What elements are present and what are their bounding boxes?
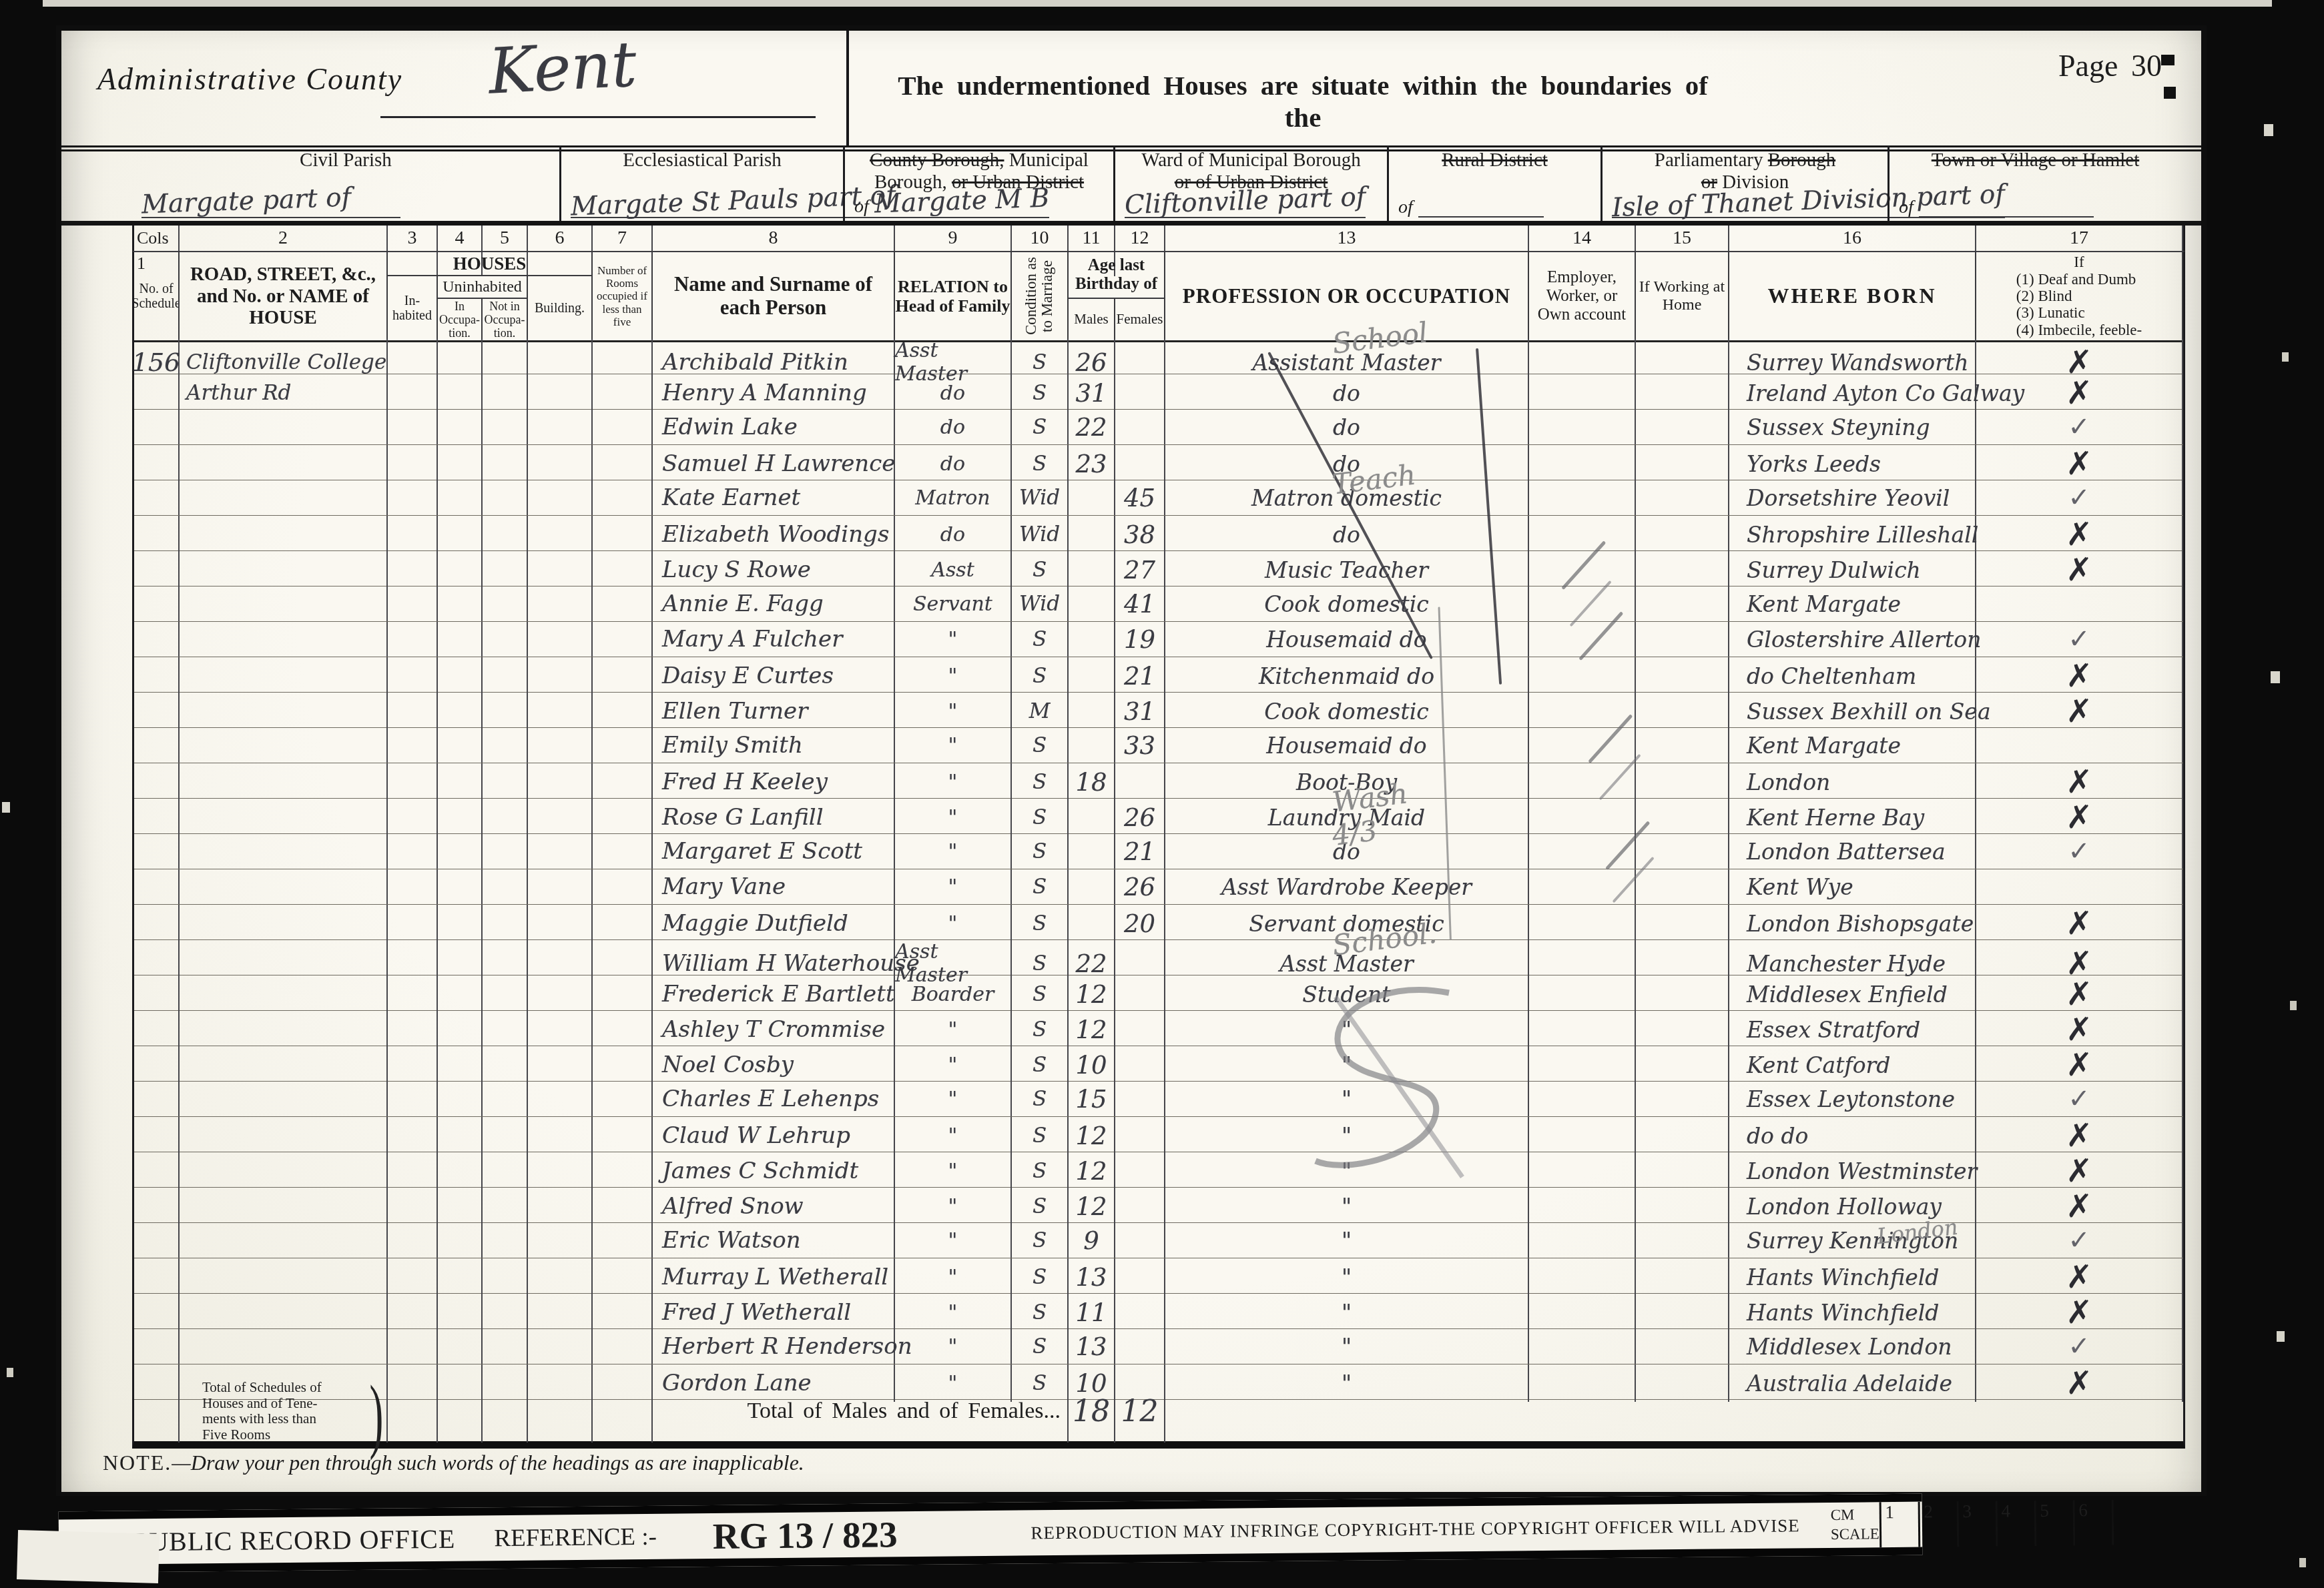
table-row: Edwin LakedoS22doSussex Steyning✓ [134, 410, 2183, 445]
cell-name: Maggie Dutfield [653, 905, 895, 942]
cell-schedule [134, 1152, 180, 1190]
cell-relation: " [895, 1046, 1012, 1084]
totals-schedules-cell: Total of Schedules of Houses and of Tene… [180, 1380, 388, 1443]
cell-occupation: " [1165, 1046, 1529, 1084]
cell-born: Kent Wye [1729, 869, 1976, 904]
cell-age_female [1115, 1294, 1165, 1331]
cell-inhabited [388, 1082, 438, 1116]
cell-occupation: Student [1165, 975, 1529, 1013]
header-infirmity-list: (1) Deaf and Dumb (2) Blind (3) Lunatic … [2016, 271, 2142, 340]
cell-building [528, 480, 593, 515]
cell-infirmity: ✗ [1976, 1046, 2183, 1084]
section-label: Rural District [1389, 149, 1601, 171]
cell-in_occupation [438, 622, 483, 657]
cell-not_in_occupation [483, 799, 528, 836]
cell-infirmity: ✗ [1976, 445, 2183, 482]
cell-infirmity: ✗ [1976, 975, 2183, 1013]
of-label: of [854, 196, 869, 217]
cell-name: Frederick E Bartlett [653, 975, 895, 1013]
cell-relation: " [895, 657, 1012, 695]
cell-name: Daisy E Curtes [653, 657, 895, 695]
reference-label: REFERENCE :- [494, 1522, 657, 1552]
section-label-part: Parliamentary [1655, 149, 1768, 171]
cell-schedule [134, 1011, 180, 1048]
table-row: Lucy S RoweAsstS27Music TeacherSurrey Du… [134, 551, 2183, 586]
cell-inhabited [388, 445, 438, 482]
cell-infirmity: ✓ [1976, 1329, 2183, 1364]
cell-address [180, 551, 388, 588]
cell-name: Lucy S Rowe [653, 551, 895, 588]
cell-schedule [134, 834, 180, 869]
cell-rooms [593, 1082, 653, 1116]
totals-empty-span [1165, 1380, 2183, 1443]
cell-inhabited [388, 516, 438, 553]
header-houses-group: HOUSES [388, 252, 593, 276]
section-label-part: Town or Village or Hamlet [1932, 149, 2139, 171]
table-row: Ellen Turner"M31Cook domesticSussex Bexh… [134, 693, 2183, 728]
section-handwritten-value: Cliftonville part of [1124, 184, 1366, 219]
section-label-part: Municipal [1004, 149, 1088, 171]
cell-in_occupation [438, 975, 483, 1013]
cell-employer [1529, 1329, 1636, 1364]
cell-building [528, 905, 593, 942]
cell-name: Mary Vane [653, 869, 895, 904]
cell-rooms [593, 869, 653, 904]
cell-age_female: 31 [1115, 693, 1165, 730]
cell-relation: " [895, 834, 1012, 869]
cell-age_male: 31 [1069, 374, 1115, 412]
cell-condition: S [1012, 1046, 1069, 1084]
cell-condition: S [1012, 905, 1069, 942]
cell-inhabited [388, 1188, 438, 1225]
section-value-area: of [1890, 197, 2181, 218]
cell-not_in_occupation [483, 763, 528, 801]
cell-not_in_occupation [483, 693, 528, 730]
table-row: Kate EarnetMatronWid45Matron domesticTea… [134, 480, 2183, 516]
cell-occupation: Matron domesticTeach [1165, 480, 1529, 515]
cell-building [528, 728, 593, 763]
cell-schedule [134, 445, 180, 482]
cell-not_in_occupation [483, 374, 528, 412]
cell-in_occupation [438, 516, 483, 553]
cell-building [528, 1046, 593, 1084]
undermentioned-text: The undermentioned Houses are situate wi… [889, 69, 1717, 133]
cell-inhabited [388, 480, 438, 515]
cell-inhabited [388, 1117, 438, 1154]
cell-not_in_occupation [483, 480, 528, 515]
brace: ) [370, 1368, 384, 1463]
cell-relation: " [895, 1294, 1012, 1331]
value-underline [1919, 204, 2094, 218]
section-value-area: Margate St Pauls part of [561, 191, 843, 218]
cell-occupation: " [1165, 1294, 1529, 1331]
cell-born: London Battersea [1729, 834, 1976, 869]
cell-name: Margaret E Scott [653, 834, 895, 869]
cell-rooms [593, 551, 653, 588]
cell-name: Fred J Wetherall [653, 1294, 895, 1331]
cell-address [180, 834, 388, 869]
cell-age_male: 18 [1069, 763, 1115, 801]
cell-occupation: " [1165, 1082, 1529, 1116]
cell-inhabited [388, 975, 438, 1013]
cell-born: Middlesex London [1729, 1329, 1976, 1364]
cell-born: Sussex Bexhill on Sea [1729, 693, 1976, 730]
cell-rooms [593, 516, 653, 553]
cell-inhabited [388, 1046, 438, 1084]
cell-condition: S [1012, 657, 1069, 695]
cell-rooms [593, 622, 653, 657]
cell-building [528, 445, 593, 482]
cell-age_female [1115, 1082, 1165, 1116]
pro-office-label: PUBLIC RECORD OFFICE [133, 1523, 456, 1557]
cell-rooms [593, 410, 653, 444]
cell-in_occupation [438, 410, 483, 444]
cell-at_home [1636, 1152, 1729, 1190]
cell-in_occupation [438, 551, 483, 588]
cell-not_in_occupation [483, 1117, 528, 1154]
cell-age_male: 12 [1069, 1117, 1115, 1154]
cell-inhabited [388, 693, 438, 730]
cell-condition: S [1012, 1117, 1069, 1154]
cell-schedule [134, 869, 180, 904]
cell-schedule [134, 1294, 180, 1331]
header-infirmity-if: If [2074, 254, 2084, 271]
header-profession: PROFESSION OR OCCUPATION [1165, 252, 1529, 340]
cell-building [528, 834, 593, 869]
cell-infirmity: ✗ [1976, 1117, 2183, 1154]
cell-building [528, 1082, 593, 1116]
cell-schedule [134, 586, 180, 621]
cell-born: Glostershire Allerton [1729, 622, 1976, 657]
cell-at_home [1636, 1011, 1729, 1048]
cell-age_male [1069, 622, 1115, 657]
cell-born: Surrey KenningtonLondon [1729, 1223, 1976, 1258]
cell-age_female: 26 [1115, 799, 1165, 836]
cell-address [180, 1117, 388, 1154]
cell-relation: " [895, 1082, 1012, 1116]
cell-schedule [134, 975, 180, 1013]
cell-name: Henry A Manning [653, 374, 895, 412]
value-underline [1418, 204, 1544, 218]
cell-age_female: 19 [1115, 622, 1165, 657]
table-row: Mary Vane"S26Asst Wardrobe KeeperKent Wy… [134, 869, 2183, 905]
cell-building [528, 551, 593, 588]
cell-not_in_occupation [483, 975, 528, 1013]
parish-section: Civil ParishMargate part of [132, 145, 559, 221]
cell-name: Ashley T Crommise [653, 1011, 895, 1048]
parish-section: County Borough, MunicipalBorough, or Urb… [843, 145, 1113, 221]
cell-address [180, 869, 388, 904]
cell-schedule [134, 1046, 180, 1084]
cell-condition: S [1012, 834, 1069, 869]
cell-schedule [134, 1329, 180, 1364]
cell-schedule [134, 693, 180, 730]
cell-employer [1529, 551, 1636, 588]
cell-address [180, 975, 388, 1013]
cell-building [528, 1188, 593, 1225]
totals-row: Total of Schedules of Houses and of Tene… [132, 1380, 2185, 1449]
cell-in_occupation [438, 1258, 483, 1296]
section-value-area: ofMargate M B [845, 191, 1113, 218]
header-not-occupation: Not in Occupa-tion. [483, 299, 528, 340]
footnote: NOTE.—Draw your pen through such words o… [103, 1451, 804, 1475]
header-uninhabited: Uninhabited [438, 276, 528, 299]
cell-condition: S [1012, 410, 1069, 444]
cell-age_male [1069, 480, 1115, 515]
table-row: Herbert R Henderson"S13"Middlesex London… [134, 1329, 2183, 1364]
cell-age_male [1069, 869, 1115, 904]
cell-rooms [593, 586, 653, 621]
table-row: Eric Watson"S9"Surrey KenningtonLondon✓ [134, 1223, 2183, 1258]
cell-age_female [1115, 1329, 1165, 1364]
cell-employer [1529, 1046, 1636, 1084]
cell-not_in_occupation [483, 1082, 528, 1116]
cell-born: do do [1729, 1117, 1976, 1154]
cell-in_occupation [438, 1117, 483, 1154]
cell-employer [1529, 1188, 1636, 1225]
cell-age_male: 15 [1069, 1082, 1115, 1116]
cell-employer [1529, 728, 1636, 763]
cell-rooms [593, 1152, 653, 1190]
cell-in_occupation [438, 657, 483, 695]
cell-in_occupation [438, 799, 483, 836]
parish-section: Rural Districtof [1387, 145, 1601, 221]
cell-rooms [593, 1188, 653, 1225]
cell-in_occupation [438, 445, 483, 482]
cell-relation: " [895, 693, 1012, 730]
cell-employer [1529, 975, 1636, 1013]
cell-condition: S [1012, 763, 1069, 801]
cell-in_occupation [438, 1329, 483, 1364]
cell-at_home [1636, 975, 1729, 1013]
cell-occupation: Boot-Boy [1165, 763, 1529, 801]
cell-employer [1529, 1152, 1636, 1190]
cell-building [528, 693, 593, 730]
cell-rooms [593, 1117, 653, 1154]
cell-occupation: " [1165, 1223, 1529, 1258]
cell-not_in_occupation [483, 586, 528, 621]
ruler-cell: 6 [2072, 1500, 2112, 1546]
table-row: Noel Cosby"S10"Kent Catford✗ [134, 1046, 2183, 1082]
cell-schedule [134, 622, 180, 657]
ink-dot [2161, 55, 2174, 65]
cell-relation: " [895, 1188, 1012, 1225]
cell-condition: M [1012, 693, 1069, 730]
cell-building [528, 374, 593, 412]
cell-condition: S [1012, 975, 1069, 1013]
cell-address [180, 1188, 388, 1225]
section-label-part: Civil Parish [300, 149, 392, 171]
cell-employer [1529, 693, 1636, 730]
table-row: Daisy E Curtes"S21Kitchenmaid dodo Chelt… [134, 657, 2183, 693]
cell-not_in_occupation [483, 1329, 528, 1364]
scan-edge [43, 0, 2272, 7]
cell-schedule [134, 799, 180, 836]
cell-infirmity: ✓ [1976, 480, 2183, 515]
cell-condition: S [1012, 1011, 1069, 1048]
cell-at_home [1636, 834, 1729, 869]
cell-born: London Bishopsgate [1729, 905, 1976, 942]
cell-at_home [1636, 693, 1729, 730]
cell-schedule [134, 480, 180, 515]
cell-infirmity: ✗ [1976, 551, 2183, 588]
cell-occupation: Laundry MaidWash [1165, 799, 1529, 836]
cell-building [528, 1117, 593, 1154]
section-value-area: Margate part of [132, 191, 559, 218]
cell-address [180, 445, 388, 482]
cell-address [180, 1294, 388, 1331]
of-label: of [1398, 197, 1413, 218]
cell-occupation: " [1165, 1329, 1529, 1364]
cell-in_occupation [438, 728, 483, 763]
cell-in_occupation [438, 1188, 483, 1225]
cell-occupation: Cook domestic [1165, 693, 1529, 730]
divider [846, 31, 849, 145]
cell-condition: S [1012, 1294, 1069, 1331]
cell-relation: Matron [895, 480, 1012, 515]
cell-relation: do [895, 445, 1012, 482]
cell-relation: " [895, 1329, 1012, 1364]
cell-condition: S [1012, 1188, 1069, 1225]
cell-occupation: Cook domestic [1165, 586, 1529, 621]
cell-at_home [1636, 622, 1729, 657]
cell-employer [1529, 516, 1636, 553]
cell-infirmity: ✓ [1976, 410, 2183, 444]
cell-occupation: " [1165, 1258, 1529, 1296]
cell-rooms [593, 480, 653, 515]
cell-occupation: do4/3 [1165, 834, 1529, 869]
cell-condition: S [1012, 869, 1069, 904]
cell-at_home [1636, 657, 1729, 695]
cell-inhabited [388, 1329, 438, 1364]
cell-name: Emily Smith [653, 728, 895, 763]
header-building: Building. [528, 276, 593, 340]
cell-relation: " [895, 622, 1012, 657]
table-header: No. of Schedule ROAD, STREET, &c., and N… [132, 251, 2185, 342]
cell-relation: Servant [895, 586, 1012, 621]
cell-age_female: 21 [1115, 657, 1165, 695]
cell-age_male [1069, 905, 1115, 942]
cell-employer [1529, 480, 1636, 515]
table-row: Maggie Dutfield"S20Servant domesticLondo… [134, 905, 2183, 940]
cell-relation: " [895, 763, 1012, 801]
section-label-part: Ecclesiastical Parish [623, 149, 782, 171]
table-row: Elizabeth WoodingsdoWid38doShropshire Li… [134, 516, 2183, 551]
cell-schedule [134, 763, 180, 801]
header-rooms: Number of Rooms occupied if less than fi… [593, 252, 653, 340]
ruler-cell: 2 [1918, 1501, 1957, 1547]
reference-number: RG 13 / 823 [713, 1513, 898, 1557]
cell-name: Eric Watson [653, 1223, 895, 1258]
cm-ruler: 123456 [1879, 1500, 2114, 1547]
value-underline: Margate part of [141, 191, 400, 218]
cell-born: Hants Winchfield [1729, 1258, 1976, 1296]
cell-condition: Wid [1012, 586, 1069, 621]
cell-rooms [593, 834, 653, 869]
cell-at_home [1636, 516, 1729, 553]
cell-schedule [134, 1223, 180, 1258]
cell-rooms [593, 1294, 653, 1331]
cell-building [528, 1011, 593, 1048]
cell-inhabited [388, 763, 438, 801]
cell-age_male: 22 [1069, 410, 1115, 444]
cell-inhabited [388, 1152, 438, 1190]
cell-not_in_occupation [483, 1258, 528, 1296]
cell-schedule [134, 905, 180, 942]
cell-age_female [1115, 975, 1165, 1013]
cell-born: do Cheltenham [1729, 657, 1976, 695]
cell-name: Fred H Keeley [653, 763, 895, 801]
cell-name: Elizabeth Woodings [653, 516, 895, 553]
cell-address [180, 622, 388, 657]
cell-in_occupation [438, 1046, 483, 1084]
cell-born: Kent Margate [1729, 728, 1976, 763]
parish-section: Parliamentary Boroughor DivisionIsle of … [1601, 145, 1887, 221]
cell-born: Dorsetshire Yeovil [1729, 480, 1976, 515]
cell-born: Middlesex Enfield [1729, 975, 1976, 1013]
cell-relation: " [895, 1011, 1012, 1048]
cell-employer [1529, 869, 1636, 904]
cell-age_male [1069, 516, 1115, 553]
cell-name: Charles E Lehenps [653, 1082, 895, 1116]
cell-name: Murray L Wetherall [653, 1258, 895, 1296]
cell-schedule [134, 728, 180, 763]
cell-relation: " [895, 1117, 1012, 1154]
cell-infirmity: ✗ [1976, 905, 2183, 942]
cell-inhabited [388, 374, 438, 412]
header-employer: Employer, Worker, or Own account [1529, 252, 1636, 340]
section-label-part: Rural District [1442, 149, 1548, 171]
cell-at_home [1636, 374, 1729, 412]
cell-not_in_occupation [483, 410, 528, 444]
cell-address [180, 1011, 388, 1048]
cell-employer [1529, 1082, 1636, 1116]
header-condition: Condition as to Marriage [1012, 252, 1069, 340]
section-value-area: Cliftonville part of [1115, 191, 1387, 218]
cell-name: Alfred Snow [653, 1188, 895, 1225]
cell-not_in_occupation [483, 516, 528, 553]
cell-employer [1529, 1258, 1636, 1296]
cell-in_occupation [438, 1082, 483, 1116]
ruler-cell: 5 [2034, 1500, 2073, 1546]
cell-at_home [1636, 728, 1729, 763]
totals-empty-cell [593, 1380, 653, 1443]
table-row: James C Schmidt"S12"London Westminster✗ [134, 1152, 2183, 1188]
cell-infirmity [1976, 728, 2183, 763]
table-row: Fred J Wetherall"S11"Hants Winchfield✗ [134, 1294, 2183, 1329]
cell-inhabited [388, 834, 438, 869]
cell-infirmity [1976, 869, 2183, 904]
section-label: Ecclesiastical Parish [561, 149, 843, 171]
cell-condition: S [1012, 374, 1069, 412]
cell-age_male: 13 [1069, 1329, 1115, 1364]
cell-inhabited [388, 905, 438, 942]
cell-age_female [1115, 1152, 1165, 1190]
cell-inhabited [388, 586, 438, 621]
cell-name: Annie E. Fagg [653, 586, 895, 621]
parish-section: Town or Village or Hamletof [1887, 145, 2181, 221]
section-handwritten-value: Margate part of [141, 185, 351, 218]
cell-inhabited [388, 657, 438, 695]
cell-relation: do [895, 410, 1012, 444]
cell-occupation: Housemaid do [1165, 622, 1529, 657]
cell-address [180, 1258, 388, 1296]
section-label: Town or Village or Hamlet [1890, 149, 2181, 171]
cell-not_in_occupation [483, 905, 528, 942]
cell-born: Shropshire Lilleshall [1729, 516, 1976, 553]
cell-condition: S [1012, 1258, 1069, 1296]
scan-specks [0, 0, 4, 7]
